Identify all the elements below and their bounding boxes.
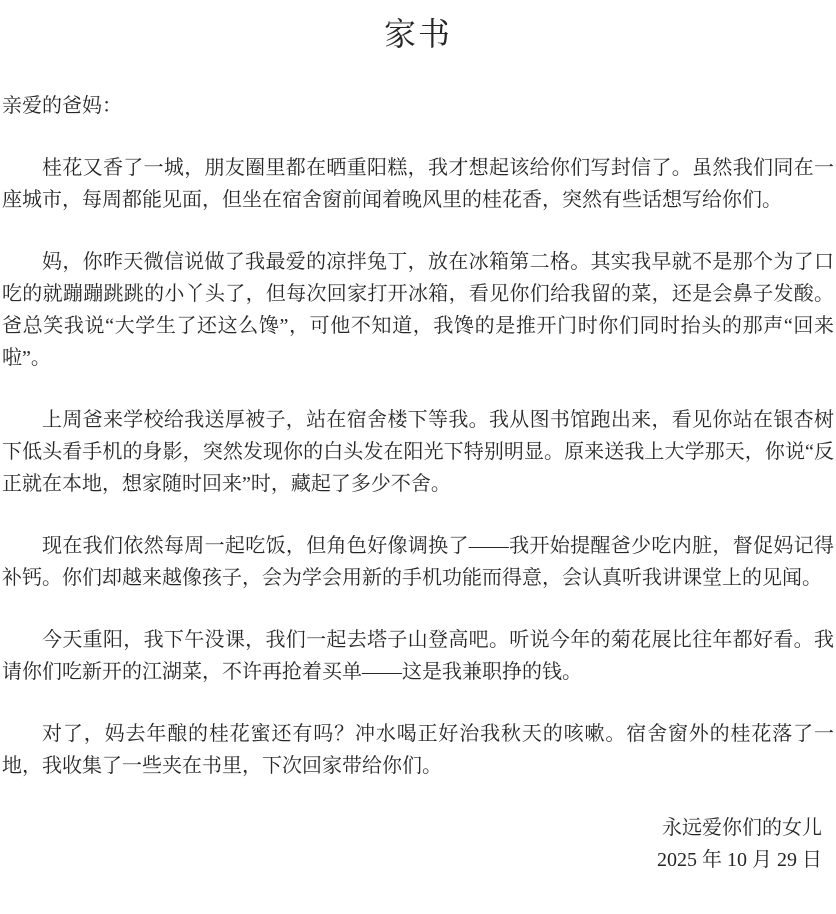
letter-salutation: 亲爱的爸妈： — [2, 90, 834, 122]
letter-date: 2025 年 10 月 29 日 — [2, 844, 822, 876]
letter-signature: 永远爱你们的女儿 — [2, 812, 822, 844]
letter-paragraph-5: 今天重阳，我下午没课，我们一起去塔子山登高吧。听说今年的菊花展比往年都好看。我请… — [2, 624, 834, 688]
letter-paragraph-6: 对了，妈去年酿的桂花蜜还有吗？冲水喝正好治我秋天的咳嗽。宿舍窗外的桂花落了一地，… — [2, 718, 834, 782]
letter-title: 家书 — [2, 12, 834, 56]
closing-block: 永远爱你们的女儿 2025 年 10 月 29 日 — [2, 812, 834, 876]
letter-page: 家书 亲爱的爸妈： 桂花又香了一城，朋友圈里都在晒重阳糕，我才想起该给你们写封信… — [0, 0, 836, 914]
letter-paragraph-3: 上周爸来学校给我送厚被子，站在宿舍楼下等我。我从图书馆跑出来，看见你站在银杏树下… — [2, 404, 834, 500]
letter-paragraph-2: 妈，你昨天微信说做了我最爱的凉拌兔丁，放在冰箱第二格。其实我早就不是那个为了口吃… — [2, 246, 834, 374]
letter-paragraph-4: 现在我们依然每周一起吃饭，但角色好像调换了——我开始提醒爸少吃内脏，督促妈记得补… — [2, 530, 834, 594]
letter-paragraph-1: 桂花又香了一城，朋友圈里都在晒重阳糕，我才想起该给你们写封信了。虽然我们同在一座… — [2, 152, 834, 216]
